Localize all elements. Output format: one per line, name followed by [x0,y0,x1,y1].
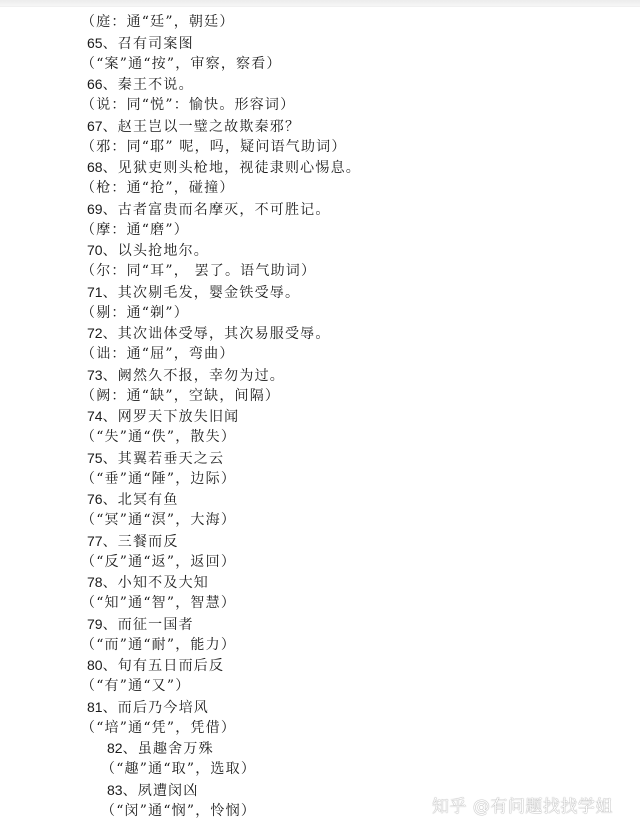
item-number: 73 [87,367,103,383]
note-line: （庭：通“廷”，朝廷） [81,12,607,33]
note-line: （诎：通“屈”，弯曲） [81,344,607,365]
note-text: （“而”通“耐”，能力） [81,637,236,653]
item-line-65: 65、召有司案图 [87,33,607,54]
note-text: （“闵”通“悯”，怜悯） [101,803,256,819]
note-line: （“反”通“返”，返回） [81,552,607,573]
item-text: 、而后乃今培风 [103,700,209,716]
item-number: 81 [87,699,103,715]
note-text: （“趣”通“取”，选取） [101,761,256,777]
note-line: （“而”通“耐”，能力） [81,635,607,656]
item-text: 、小知不及大知 [103,575,209,591]
item-line-69: 69、古者富贵而名摩灭，不可胜记。 [87,199,607,220]
note-line: （“垂”通“陲”，边际） [81,469,607,490]
item-line-67: 67、赵王岂以一璧之故欺秦邪？ [87,116,607,137]
item-line-72: 72、其次诎体受辱，其次易服受辱。 [87,323,607,344]
item-line-78: 78、小知不及大知 [87,572,607,593]
item-number: 83 [107,782,123,798]
item-number: 74 [87,408,103,424]
note-line: （“失”通“佚”，散失） [81,427,607,448]
note-text: （摩：通“磨”） [81,222,189,238]
item-text: 、网罗天下放失旧闻 [103,409,240,425]
note-line: （邪：同“耶” 呢，吗，疑问语气助词） [81,137,607,158]
item-text: 、其次剔毛发，婴金铁受辱。 [103,285,301,301]
item-number: 80 [87,657,103,673]
item-text: 、北冥有鱼 [103,492,179,508]
note-text: （诎：通“屈”，弯曲） [81,346,235,362]
item-number: 82 [107,740,123,756]
item-text: 、三餐而反 [103,534,179,550]
note-text: （说：同“悦”：愉快。形容词） [81,97,295,113]
note-line: （“有”通“又”） [81,676,607,697]
note-text: （“冥”通“溟”，大海） [81,512,236,528]
item-line-82: 82、虽趣舍万殊 [107,738,607,759]
item-text: 、赵王岂以一璧之故欺秦邪？ [103,119,301,135]
item-number: 76 [87,491,103,507]
item-number: 72 [87,325,103,341]
document-body: （庭：通“廷”，朝廷） 65、召有司案图 （“案”通“按”，审察，察看） 66、… [87,12,607,821]
item-line-68: 68、见狱吏则头枪地，视徒隶则心惕息。 [87,157,607,178]
note-line: （“案”通“按”，审察，察看） [81,54,607,75]
item-line-76: 76、北冥有鱼 [87,489,607,510]
item-number: 66 [87,76,103,92]
note-text: （阙：通“缺”，空缺，间隔） [81,388,280,404]
item-line-74: 74、网罗天下放失旧闻 [87,406,607,427]
item-number: 77 [87,533,103,549]
item-number: 79 [87,616,103,632]
note-text: （“有”通“又”） [81,678,190,694]
item-line-70: 70、以头抢地尔。 [87,240,607,261]
note-text: （“失”通“佚”，散失） [81,429,236,445]
item-text: 、其次诎体受辱，其次易服受辱。 [103,326,331,342]
note-line: （枪：通“抢”，碰撞） [81,178,607,199]
item-number: 67 [87,118,103,134]
note-text: （邪：同“耶” 呢，吗，疑问语气助词） [81,139,347,155]
note-text: （“培”通“凭”，凭借） [81,720,236,736]
item-text: 、而征一国者 [103,617,194,633]
item-text: 、见狱吏则头枪地，视徒隶则心惕息。 [103,160,361,176]
note-text: （“案”通“按”，审察，察看） [81,56,282,72]
item-text: 、秦王不说。 [103,77,194,93]
item-line-79: 79、而征一国者 [87,614,607,635]
note-line: （说：同“悦”：愉快。形容词） [81,95,607,116]
item-text: 、古者富贵而名摩灭，不可胜记。 [103,202,331,218]
note-line: （“趣”通“取”，选取） [101,759,607,780]
note-text: （剔：通“剃”） [81,305,189,321]
item-number: 78 [87,574,103,590]
item-line-71: 71、其次剔毛发，婴金铁受辱。 [87,282,607,303]
note-text: （枪：通“抢”，碰撞） [81,180,235,196]
item-text: 、夙遭闵凶 [123,783,199,799]
note-line: （尔：同“耳”， 罢了。语气助词） [81,261,607,282]
item-text: 、以头抢地尔。 [103,243,209,259]
note-line: （“培”通“凭”，凭借） [81,718,607,739]
note-text: （“反”通“返”，返回） [81,554,236,570]
item-text: 、召有司案图 [103,36,194,52]
item-line-75: 75、其翼若垂天之云 [87,448,607,469]
item-text: 、虽趣舍万殊 [123,741,214,757]
note-text: （尔：同“耳”， 罢了。语气助词） [81,263,316,279]
item-number: 71 [87,284,103,300]
note-line: （“知”通“智”，智慧） [81,593,607,614]
note-line: （剔：通“剃”） [81,303,607,324]
zhihu-watermark: 知乎 @有问题找找学姐 [432,792,613,817]
item-number: 68 [87,159,103,175]
note-line: （“冥”通“溟”，大海） [81,510,607,531]
item-line-73: 73、阙然久不报，幸勿为过。 [87,365,607,386]
note-text: （“垂”通“陲”，边际） [81,471,236,487]
item-number: 69 [87,201,103,217]
item-line-77: 77、三餐而反 [87,531,607,552]
note-text: （庭：通“廷”，朝廷） [81,14,235,30]
item-text: 、旬有五日而后反 [103,658,225,674]
item-text: 、阙然久不报，幸勿为过。 [103,368,285,384]
note-line: （阙：通“缺”，空缺，间隔） [81,386,607,407]
top-edge-band [0,0,640,7]
note-line: （摩：通“磨”） [81,220,607,241]
item-number: 65 [87,35,103,51]
item-line-81: 81、而后乃今培风 [87,697,607,718]
item-number: 70 [87,242,103,258]
item-line-80: 80、旬有五日而后反 [87,655,607,676]
item-text: 、其翼若垂天之云 [103,451,225,467]
item-line-66: 66、秦王不说。 [87,74,607,95]
item-number: 75 [87,450,103,466]
note-text: （“知”通“智”，智慧） [81,595,236,611]
